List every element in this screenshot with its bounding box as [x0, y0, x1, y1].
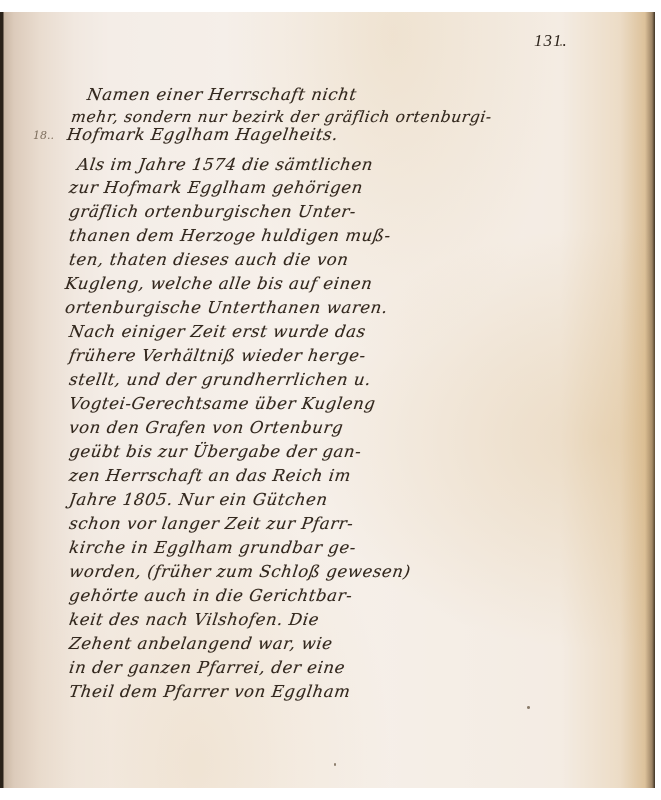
text-line-11: Nach einiger Zeit erst wurde das — [68, 322, 367, 341]
text-line-16: geübt bis zur Übergabe der gan- — [68, 442, 363, 461]
text-line-19: schon vor langer Zeit zur Pfarr- — [68, 514, 355, 533]
ink-speck — [527, 706, 530, 709]
text-line-18: Jahre 1805. Nur ein Gütchen — [68, 490, 329, 509]
text-line-4: Als im Jahre 1574 die sämtlichen — [76, 155, 374, 174]
text-line-24: Zehent anbelangend war, wie — [68, 634, 334, 653]
margin-note: 18.. — [33, 129, 54, 142]
text-line-20: kirche in Egglham grundbar ge- — [68, 538, 357, 557]
page-number: 131. — [534, 31, 568, 51]
ink-speck — [334, 763, 336, 766]
text-line-17: zen Herrschaft an das Reich im — [68, 466, 352, 485]
text-line-22: gehörte auch in die Gerichtbar- — [68, 586, 354, 605]
text-line-8: ten, thaten dieses auch die von — [68, 250, 350, 269]
text-line-7: thanen dem Herzoge huldigen muß- — [68, 226, 392, 245]
text-line-23: keit des nach Vilshofen. Die — [68, 610, 320, 629]
text-line-14: Vogtei-Gerechtsame über Kugleng — [68, 394, 377, 413]
ink-speck — [560, 44, 562, 46]
text-line-6: gräflich ortenburgischen Unter- — [68, 202, 357, 221]
text-line-15: von den Grafen von Ortenburg — [68, 418, 345, 437]
text-line-21: worden, (früher zum Schloß gewesen) — [68, 562, 412, 581]
manuscript-page: 131. 18.. Namen einer Herrschaft nicht m… — [0, 12, 655, 788]
text-line-13: stellt, und der grundherrlichen u. — [68, 370, 372, 389]
text-line-10: ortenburgische Unterthanen waren. — [64, 298, 389, 317]
text-line-9: Kugleng, welche alle bis auf einen — [64, 274, 374, 293]
text-line-12: frühere Verhältniß wieder herge- — [68, 346, 367, 365]
text-line-5: zur Hofmark Egglham gehörigen — [68, 178, 364, 197]
text-line-25: in der ganzen Pfarrei, der eine — [68, 658, 346, 677]
scanned-manuscript: 131. 18.. Namen einer Herrschaft nicht m… — [0, 0, 661, 800]
text-line-26: Theil dem Pfarrer von Egglham — [68, 682, 352, 701]
text-line-2: mehr, sondern nur bezirk der gräflich or… — [70, 108, 493, 126]
text-line-3: Hofmark Egglham Hagelheits. — [66, 125, 340, 144]
text-line-1: Namen einer Herrschaft nicht — [86, 85, 358, 104]
